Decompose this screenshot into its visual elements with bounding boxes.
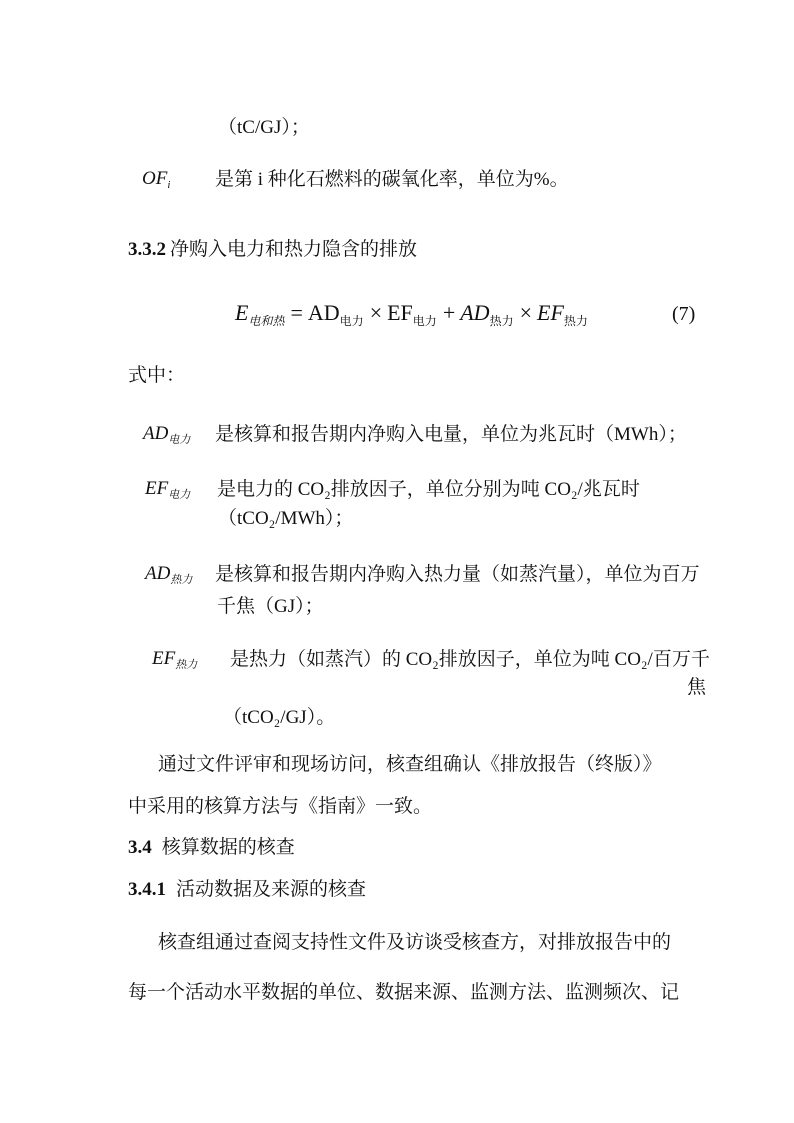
term-ef-heat-definition-line2: 焦	[687, 675, 706, 700]
term-of-base: OF	[142, 168, 167, 189]
eq-ef-heat: EF	[537, 300, 564, 325]
term-ad-heat-symbol: AD热力	[145, 563, 192, 584]
term-ad-heat-definition-line2: 千焦（GJ）；	[217, 594, 324, 619]
term-ad-electric-subscript: 电力	[168, 434, 190, 446]
paragraph-1-line-1: 通过文件评审和现场访问，核查组确认《排放报告（终版）》	[158, 752, 662, 777]
term-ad-heat-base: AD	[145, 563, 170, 584]
term-of-definition: 是第 i 种化石燃料的碳氧化率，单位为%。	[215, 167, 569, 192]
heading-3-4-1: 3.4.1活动数据及来源的核查	[128, 877, 366, 902]
term-ef-electric-definition-line2: （tCO₂/MWh）；	[218, 506, 353, 531]
heading-3-4-title: 核算数据的核查	[162, 837, 295, 858]
heading-3-3-2-title: 净购入电力和热力隐含的排放	[170, 239, 417, 260]
term-ad-electric: AD电力	[143, 421, 190, 453]
eq-plus-sign: +	[443, 300, 455, 325]
heading-3-4-number: 3.4	[128, 837, 152, 858]
term-ad-heat-subscript: 热力	[170, 574, 192, 586]
eq-equals-sign: =	[290, 300, 302, 325]
equation-7: E电和热=AD电力×EF电力+AD热力×EF热力	[235, 298, 589, 336]
eq-ad-heat: AD	[460, 300, 489, 325]
eq-e-subscript: 电和热	[248, 314, 284, 328]
term-of-subscript: i	[167, 179, 170, 191]
paragraph-2-line-1: 核查组通过查阅支持性文件及访谈受核查方，对排放报告中的	[158, 930, 671, 955]
heading-3-4-1-number: 3.4.1	[128, 879, 166, 900]
term-ef-heat-subscript: 热力	[175, 659, 197, 671]
term-ad-heat: AD热力	[145, 561, 192, 593]
eq-ef-electric: EF	[387, 300, 413, 325]
formula-intro: 式中：	[128, 363, 185, 388]
term-ef-heat-symbol: EF热力	[152, 648, 197, 669]
term-ef-electric-definition-line1: 是电力的 CO₂排放因子，单位分别为吨 CO₂/兆瓦时	[217, 477, 640, 502]
heading-3-3-2: 3.3.2净购入电力和热力隐含的排放	[128, 237, 417, 262]
equation-number: (7)	[672, 302, 695, 327]
document-page: （tC/GJ）； OFi 是第 i 种化石燃料的碳氧化率，单位为%。 3.3.2…	[0, 0, 794, 1123]
eq-multiply-sign-2: ×	[520, 300, 532, 325]
eq-ad-heat-subscript: 热力	[490, 314, 514, 328]
term-ef-electric-symbol: EF电力	[145, 478, 190, 499]
eq-ef-electric-subscript: 电力	[413, 314, 437, 328]
eq-ad-electric-subscript: 电力	[340, 314, 364, 328]
paragraph-1-line-2: 中采用的核算方法与《指南》一致。	[128, 794, 432, 819]
heading-3-4: 3.4核算数据的核查	[128, 835, 295, 860]
term-ef-electric-subscript: 电力	[168, 489, 190, 501]
eq-e-symbol: E	[235, 300, 248, 325]
term-ad-electric-definition: 是核算和报告期内净购入电量，单位为兆瓦时（MWh）；	[215, 422, 687, 447]
term-ef-heat-definition-line3: （tCO₂/GJ）。	[223, 705, 335, 730]
paragraph-2-line-2: 每一个活动水平数据的单位、数据来源、监测方法、监测频次、记	[128, 980, 679, 1005]
eq-ef-heat-subscript: 热力	[564, 314, 588, 328]
heading-3-3-2-number: 3.3.2	[128, 239, 166, 260]
term-ad-electric-symbol: AD电力	[143, 423, 190, 444]
term-ef-heat-base: EF	[152, 648, 175, 669]
term-of: OFi	[142, 166, 170, 198]
term-ef-heat: EF热力	[152, 646, 197, 678]
heading-3-4-1-title: 活动数据及来源的核查	[176, 879, 366, 900]
term-ef-electric: EF电力	[145, 476, 190, 508]
term-ad-electric-base: AD	[143, 423, 168, 444]
term-ef-heat-definition-line1: 是热力（如蒸汽）的 CO₂排放因子，单位为吨 CO₂/百万千	[230, 647, 710, 672]
term-of-symbol: OFi	[142, 168, 170, 189]
eq-ad-electric: AD	[308, 300, 340, 325]
unit-line-tc-gj: （tC/GJ）；	[218, 115, 310, 140]
term-ef-electric-base: EF	[145, 478, 168, 499]
term-ad-heat-definition-line1: 是核算和报告期内净购入热力量（如蒸汽量），单位为百万	[215, 562, 700, 587]
eq-multiply-sign-1: ×	[370, 300, 382, 325]
